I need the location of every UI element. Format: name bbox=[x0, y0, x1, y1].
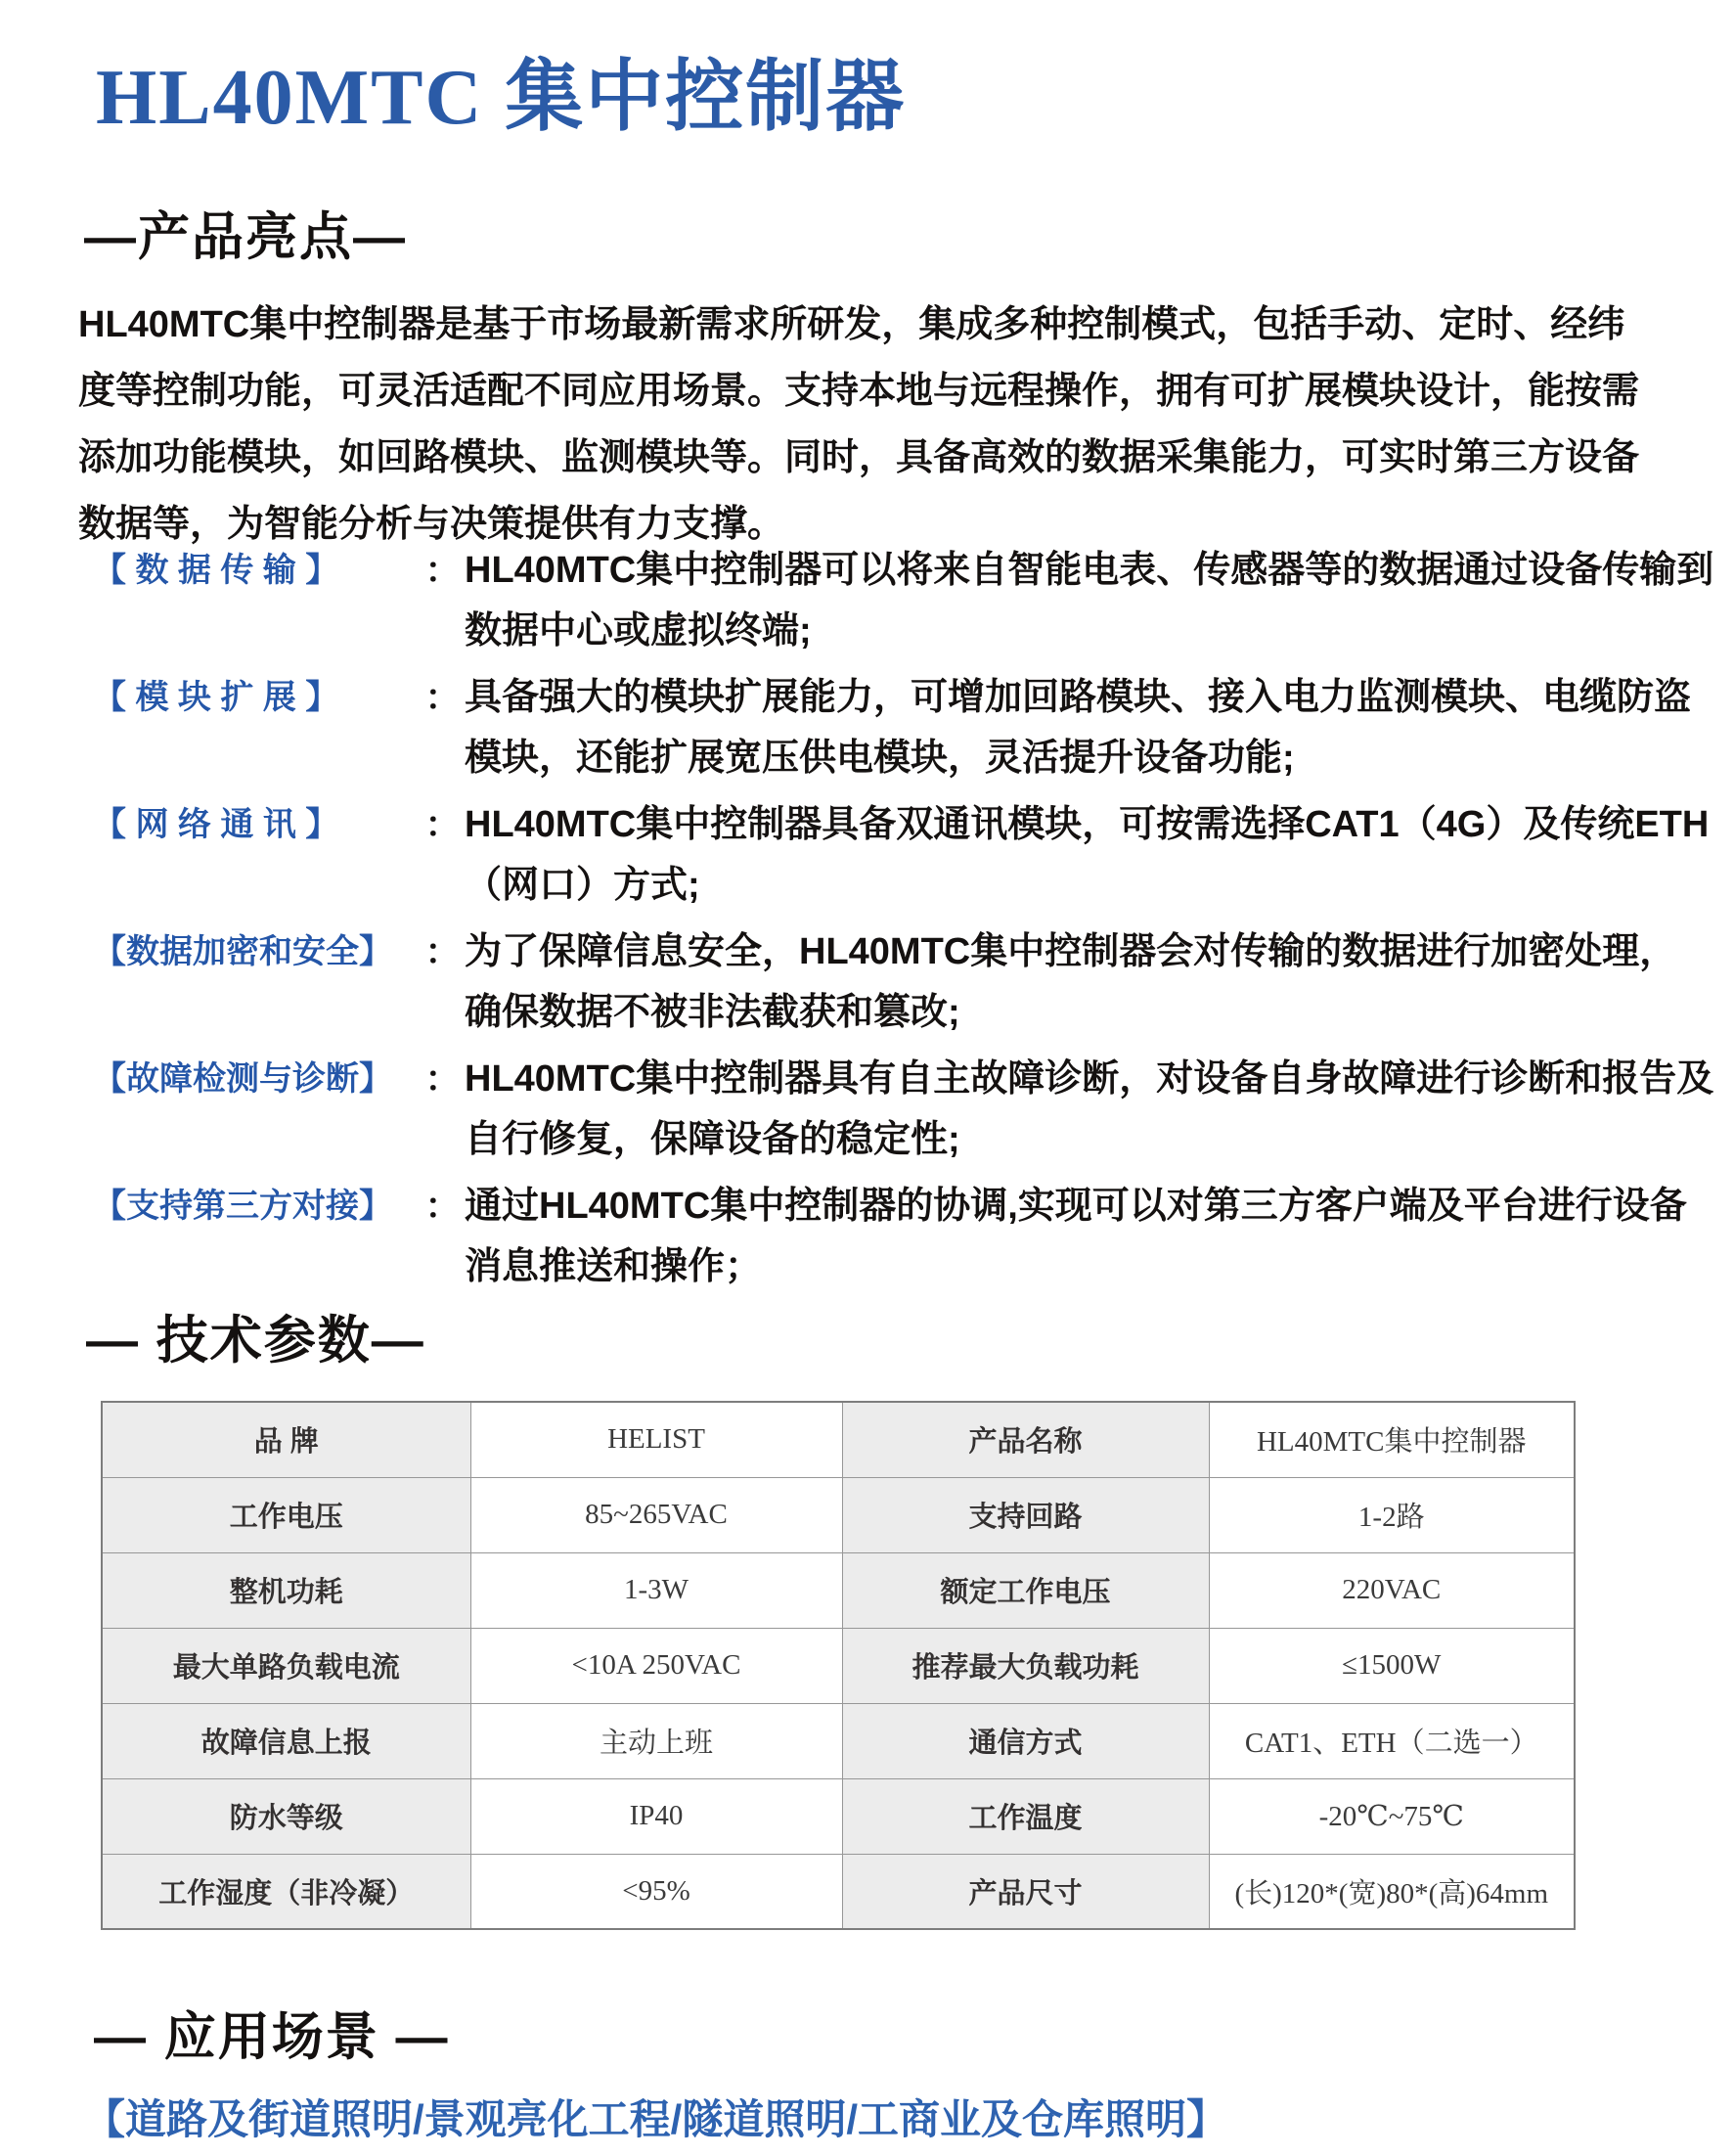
feature-text: HL40MTC集中控制器具备双通讯模块，可按需选择CAT1（4G）及传统ETH … bbox=[465, 794, 1709, 916]
spec-row-humidity: 工作湿度（非冷凝） <95% 产品尺寸 (长)120*(宽)80*(高)64mm bbox=[102, 1854, 1575, 1929]
feature-label: 【支持第三方对接】 bbox=[93, 1176, 421, 1236]
spec-label: 整机功耗 bbox=[102, 1552, 470, 1628]
spec-value: IP40 bbox=[470, 1778, 842, 1854]
feature-text-line: 确保数据不被非法截获和篡改; bbox=[465, 982, 1697, 1043]
feature-text-line: 自行修复，保障设备的稳定性; bbox=[465, 1109, 1713, 1170]
section-header-highlights: —产品亮点— bbox=[84, 196, 407, 270]
spec-table: 品 牌 HELIST 产品名称 HL40MTC集中控制器 工作电压 85~265… bbox=[101, 1401, 1576, 1930]
feature-text: HL40MTC集中控制器可以将来自智能电表、传感器等的数据通过设备传输到 数据中… bbox=[465, 540, 1713, 661]
spec-label: 品 牌 bbox=[102, 1402, 470, 1477]
spec-value: HELIST bbox=[470, 1402, 842, 1477]
spec-value: 85~265VAC bbox=[470, 1477, 842, 1552]
spec-label: 防水等级 bbox=[102, 1778, 470, 1854]
feature-label: 【 数 据 传 输 】 bbox=[93, 540, 421, 601]
feature-colon: ： bbox=[421, 1176, 465, 1236]
spec-row-brand: 品 牌 HELIST 产品名称 HL40MTC集中控制器 bbox=[102, 1402, 1575, 1477]
feature-text-line: 数据中心或虚拟终端; bbox=[465, 601, 1713, 661]
spec-value: 主动上班 bbox=[470, 1703, 842, 1778]
application-scenarios: 【道路及街道照明/景观亮化工程/隧道照明/工商业及仓库照明】 bbox=[84, 2088, 1227, 2146]
intro-line: 添加功能模块，如回路模块、监测模块等。同时，具备高效的数据采集能力，可实时第三方… bbox=[78, 425, 1702, 491]
spec-label: 推荐最大负载功耗 bbox=[842, 1628, 1209, 1703]
feature-item-third-party: 【支持第三方对接】 ： 通过HL40MTC集中控制器的协调,实现可以对第三方客户… bbox=[93, 1176, 1697, 1297]
feature-colon: ： bbox=[421, 794, 465, 855]
feature-text-line: 通过HL40MTC集中控制器的协调,实现可以对第三方客户端及平台进行设备 bbox=[465, 1176, 1697, 1236]
feature-text: 具备强大的模块扩展能力，可增加回路模块、接入电力监测模块、电缆防盗 模块，还能扩… bbox=[465, 667, 1697, 788]
spec-value: HL40MTC集中控制器 bbox=[1209, 1402, 1575, 1477]
feature-text-line: 为了保障信息安全，HL40MTC集中控制器会对传输的数据进行加密处理， bbox=[465, 921, 1697, 982]
feature-text-line: HL40MTC集中控制器可以将来自智能电表、传感器等的数据通过设备传输到 bbox=[465, 540, 1713, 601]
feature-item-fault-diagnosis: 【故障检测与诊断】 ： HL40MTC集中控制器具有自主故障诊断，对设备自身故障… bbox=[93, 1049, 1697, 1170]
spec-row-waterproof: 防水等级 IP40 工作温度 -20℃~75℃ bbox=[102, 1778, 1575, 1854]
section-header-applications: — 应用场景 — bbox=[94, 1996, 449, 2070]
feature-list: 【 数 据 传 输 】 ： HL40MTC集中控制器可以将来自智能电表、传感器等… bbox=[93, 540, 1697, 1303]
feature-text-line: 具备强大的模块扩展能力，可增加回路模块、接入电力监测模块、电缆防盗 bbox=[465, 667, 1697, 728]
spec-value: <10A 250VAC bbox=[470, 1628, 842, 1703]
feature-colon: ： bbox=[421, 540, 465, 601]
feature-text-line: 模块，还能扩展宽压供电模块，灵活提升设备功能; bbox=[465, 728, 1697, 788]
feature-colon: ： bbox=[421, 1049, 465, 1109]
spec-label: 工作电压 bbox=[102, 1477, 470, 1552]
spec-value: 220VAC bbox=[1209, 1552, 1575, 1628]
spec-label: 工作温度 bbox=[842, 1778, 1209, 1854]
intro-line: HL40MTC集中控制器是基于市场最新需求所研发，集成多种控制模式，包括手动、定… bbox=[78, 292, 1702, 358]
feature-item-module-expansion: 【 模 块 扩 展 】 ： 具备强大的模块扩展能力，可增加回路模块、接入电力监测… bbox=[93, 667, 1697, 788]
page-title: HL40MTC 集中控制器 bbox=[96, 33, 906, 146]
spec-value: <95% bbox=[470, 1854, 842, 1929]
feature-label: 【 模 块 扩 展 】 bbox=[93, 667, 421, 728]
intro-paragraph: HL40MTC集中控制器是基于市场最新需求所研发，集成多种控制模式，包括手动、定… bbox=[78, 292, 1702, 558]
spec-label: 额定工作电压 bbox=[842, 1552, 1209, 1628]
spec-label: 产品名称 bbox=[842, 1402, 1209, 1477]
feature-item-data-encryption: 【数据加密和安全】 ： 为了保障信息安全，HL40MTC集中控制器会对传输的数据… bbox=[93, 921, 1697, 1043]
feature-text: HL40MTC集中控制器具有自主故障诊断，对设备自身故障进行诊断和报告及 自行修… bbox=[465, 1049, 1713, 1170]
spec-row-voltage: 工作电压 85~265VAC 支持回路 1-2路 bbox=[102, 1477, 1575, 1552]
spec-row-fault-report: 故障信息上报 主动上班 通信方式 CAT1、ETH（二选一） bbox=[102, 1703, 1575, 1778]
feature-text: 通过HL40MTC集中控制器的协调,实现可以对第三方客户端及平台进行设备 消息推… bbox=[465, 1176, 1697, 1297]
spec-value: CAT1、ETH（二选一） bbox=[1209, 1703, 1575, 1778]
feature-label: 【数据加密和安全】 bbox=[93, 921, 421, 982]
spec-label: 通信方式 bbox=[842, 1703, 1209, 1778]
feature-item-network-comm: 【 网 络 通 讯 】 ： HL40MTC集中控制器具备双通讯模块，可按需选择C… bbox=[93, 794, 1697, 916]
spec-label: 支持回路 bbox=[842, 1477, 1209, 1552]
spec-value: 1-3W bbox=[470, 1552, 842, 1628]
feature-text-line: 消息推送和操作； bbox=[465, 1236, 1697, 1297]
section-header-specs: — 技术参数— bbox=[86, 1299, 425, 1373]
intro-line: 度等控制功能，可灵活适配不同应用场景。支持本地与远程操作，拥有可扩展模块设计，能… bbox=[78, 358, 1702, 425]
spec-row-power: 整机功耗 1-3W 额定工作电压 220VAC bbox=[102, 1552, 1575, 1628]
spec-value: 1-2路 bbox=[1209, 1477, 1575, 1552]
product-sheet-page: HL40MTC 集中控制器 —产品亮点— HL40MTC集中控制器是基于市场最新… bbox=[0, 0, 1734, 2156]
spec-value: -20℃~75℃ bbox=[1209, 1778, 1575, 1854]
feature-label: 【故障检测与诊断】 bbox=[93, 1049, 421, 1109]
feature-text-line: （网口）方式; bbox=[465, 855, 1709, 916]
spec-label: 工作湿度（非冷凝） bbox=[102, 1854, 470, 1929]
feature-text: 为了保障信息安全，HL40MTC集中控制器会对传输的数据进行加密处理， 确保数据… bbox=[465, 921, 1697, 1043]
spec-row-current: 最大单路负载电流 <10A 250VAC 推荐最大负载功耗 ≤1500W bbox=[102, 1628, 1575, 1703]
feature-text-line: HL40MTC集中控制器具有自主故障诊断，对设备自身故障进行诊断和报告及 bbox=[465, 1049, 1713, 1109]
feature-colon: ： bbox=[421, 921, 465, 982]
feature-label: 【 网 络 通 讯 】 bbox=[93, 794, 421, 855]
feature-text-line: HL40MTC集中控制器具备双通讯模块，可按需选择CAT1（4G）及传统ETH bbox=[465, 794, 1709, 855]
spec-value: ≤1500W bbox=[1209, 1628, 1575, 1703]
feature-item-data-transfer: 【 数 据 传 输 】 ： HL40MTC集中控制器可以将来自智能电表、传感器等… bbox=[93, 540, 1697, 661]
spec-label: 最大单路负载电流 bbox=[102, 1628, 470, 1703]
spec-label: 产品尺寸 bbox=[842, 1854, 1209, 1929]
spec-value: (长)120*(宽)80*(高)64mm bbox=[1209, 1854, 1575, 1929]
spec-label: 故障信息上报 bbox=[102, 1703, 470, 1778]
feature-colon: ： bbox=[421, 667, 465, 728]
